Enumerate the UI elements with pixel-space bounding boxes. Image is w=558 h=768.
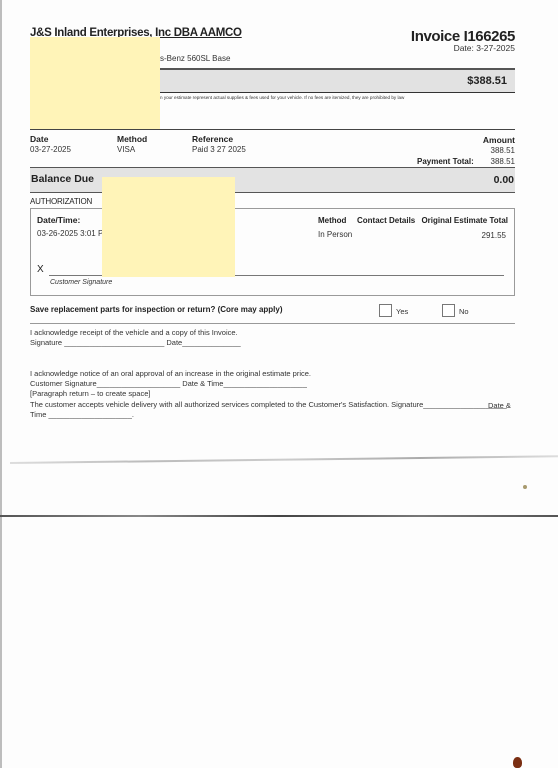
signature-x-mark: X [37, 264, 44, 275]
auth-datetime-value: 03-26-2025 3:01 PM [37, 229, 110, 238]
delivery-time-line[interactable]: Time ____________________. [30, 410, 134, 420]
auth-method-label: Method [318, 216, 346, 225]
payments-header-reference: Reference [192, 134, 233, 144]
paper-fold-line [0, 515, 558, 517]
save-parts-yes-label: Yes [396, 307, 408, 316]
invoice-date: Date: 3-27-2025 [454, 43, 515, 53]
save-parts-no-checkbox[interactable] [442, 304, 455, 317]
paragraph-note: [Paragraph return – to create space] [30, 389, 151, 399]
auth-method-value: In Person [318, 230, 352, 239]
invoice-total-amount: $388.51 [467, 75, 507, 87]
payments-top-rule [30, 129, 515, 130]
parts-rule [30, 323, 515, 324]
oral-approval-acknowledgement: I acknowledge notice of an oral approval… [30, 369, 311, 379]
delivery-date-label: Date & [488, 401, 511, 411]
payments-header-amount: Amount [483, 135, 515, 145]
auth-estimate-label: Original Estimate Total [421, 216, 508, 225]
payment-total-value: 388.51 [491, 157, 515, 166]
paper-spot [523, 485, 527, 489]
payment-amount: 388.51 [491, 146, 515, 155]
payment-reference: Paid 3 27 2025 [192, 145, 246, 154]
receipt-acknowledgement: I acknowledge receipt of the vehicle and… [30, 328, 238, 338]
balance-due-label: Balance Due [31, 173, 94, 185]
delivery-acceptance[interactable]: The customer accepts vehicle delivery wi… [30, 400, 507, 410]
paper-stain [513, 757, 522, 768]
authorization-label: AUTHORIZATION [30, 197, 92, 206]
auth-estimate-value: 291.55 [482, 231, 506, 240]
payment-total-label: Payment Total: [417, 157, 474, 166]
balance-due-value: 0.00 [494, 174, 514, 186]
paper-crease [10, 455, 558, 464]
payment-date: 03-27-2025 [30, 145, 71, 154]
save-parts-no-label: No [459, 307, 469, 316]
receipt-signature-line[interactable]: Signature ________________________ Date_… [30, 338, 241, 348]
payments-header-method: Method [117, 134, 147, 144]
payments-header-date: Date [30, 134, 48, 144]
oral-approval-signature-line[interactable]: Customer Signature____________________ D… [30, 379, 307, 389]
save-parts-yes-checkbox[interactable] [379, 304, 392, 317]
payment-method: VISA [117, 145, 135, 154]
auth-contact-label: Contact Details [357, 216, 415, 225]
fees-disclaimer: n your estimate represent actual supplie… [160, 95, 404, 100]
auth-datetime-label: Date/Time: [37, 215, 80, 225]
page-edge [0, 0, 2, 768]
save-parts-question: Save replacement parts for inspection or… [30, 305, 283, 314]
redaction-sticky-note [30, 37, 160, 129]
vehicle-description: s-Benz 560SL Base [160, 54, 230, 63]
redaction-sticky-note [102, 177, 235, 277]
customer-signature-caption: Customer Signature [50, 279, 112, 286]
